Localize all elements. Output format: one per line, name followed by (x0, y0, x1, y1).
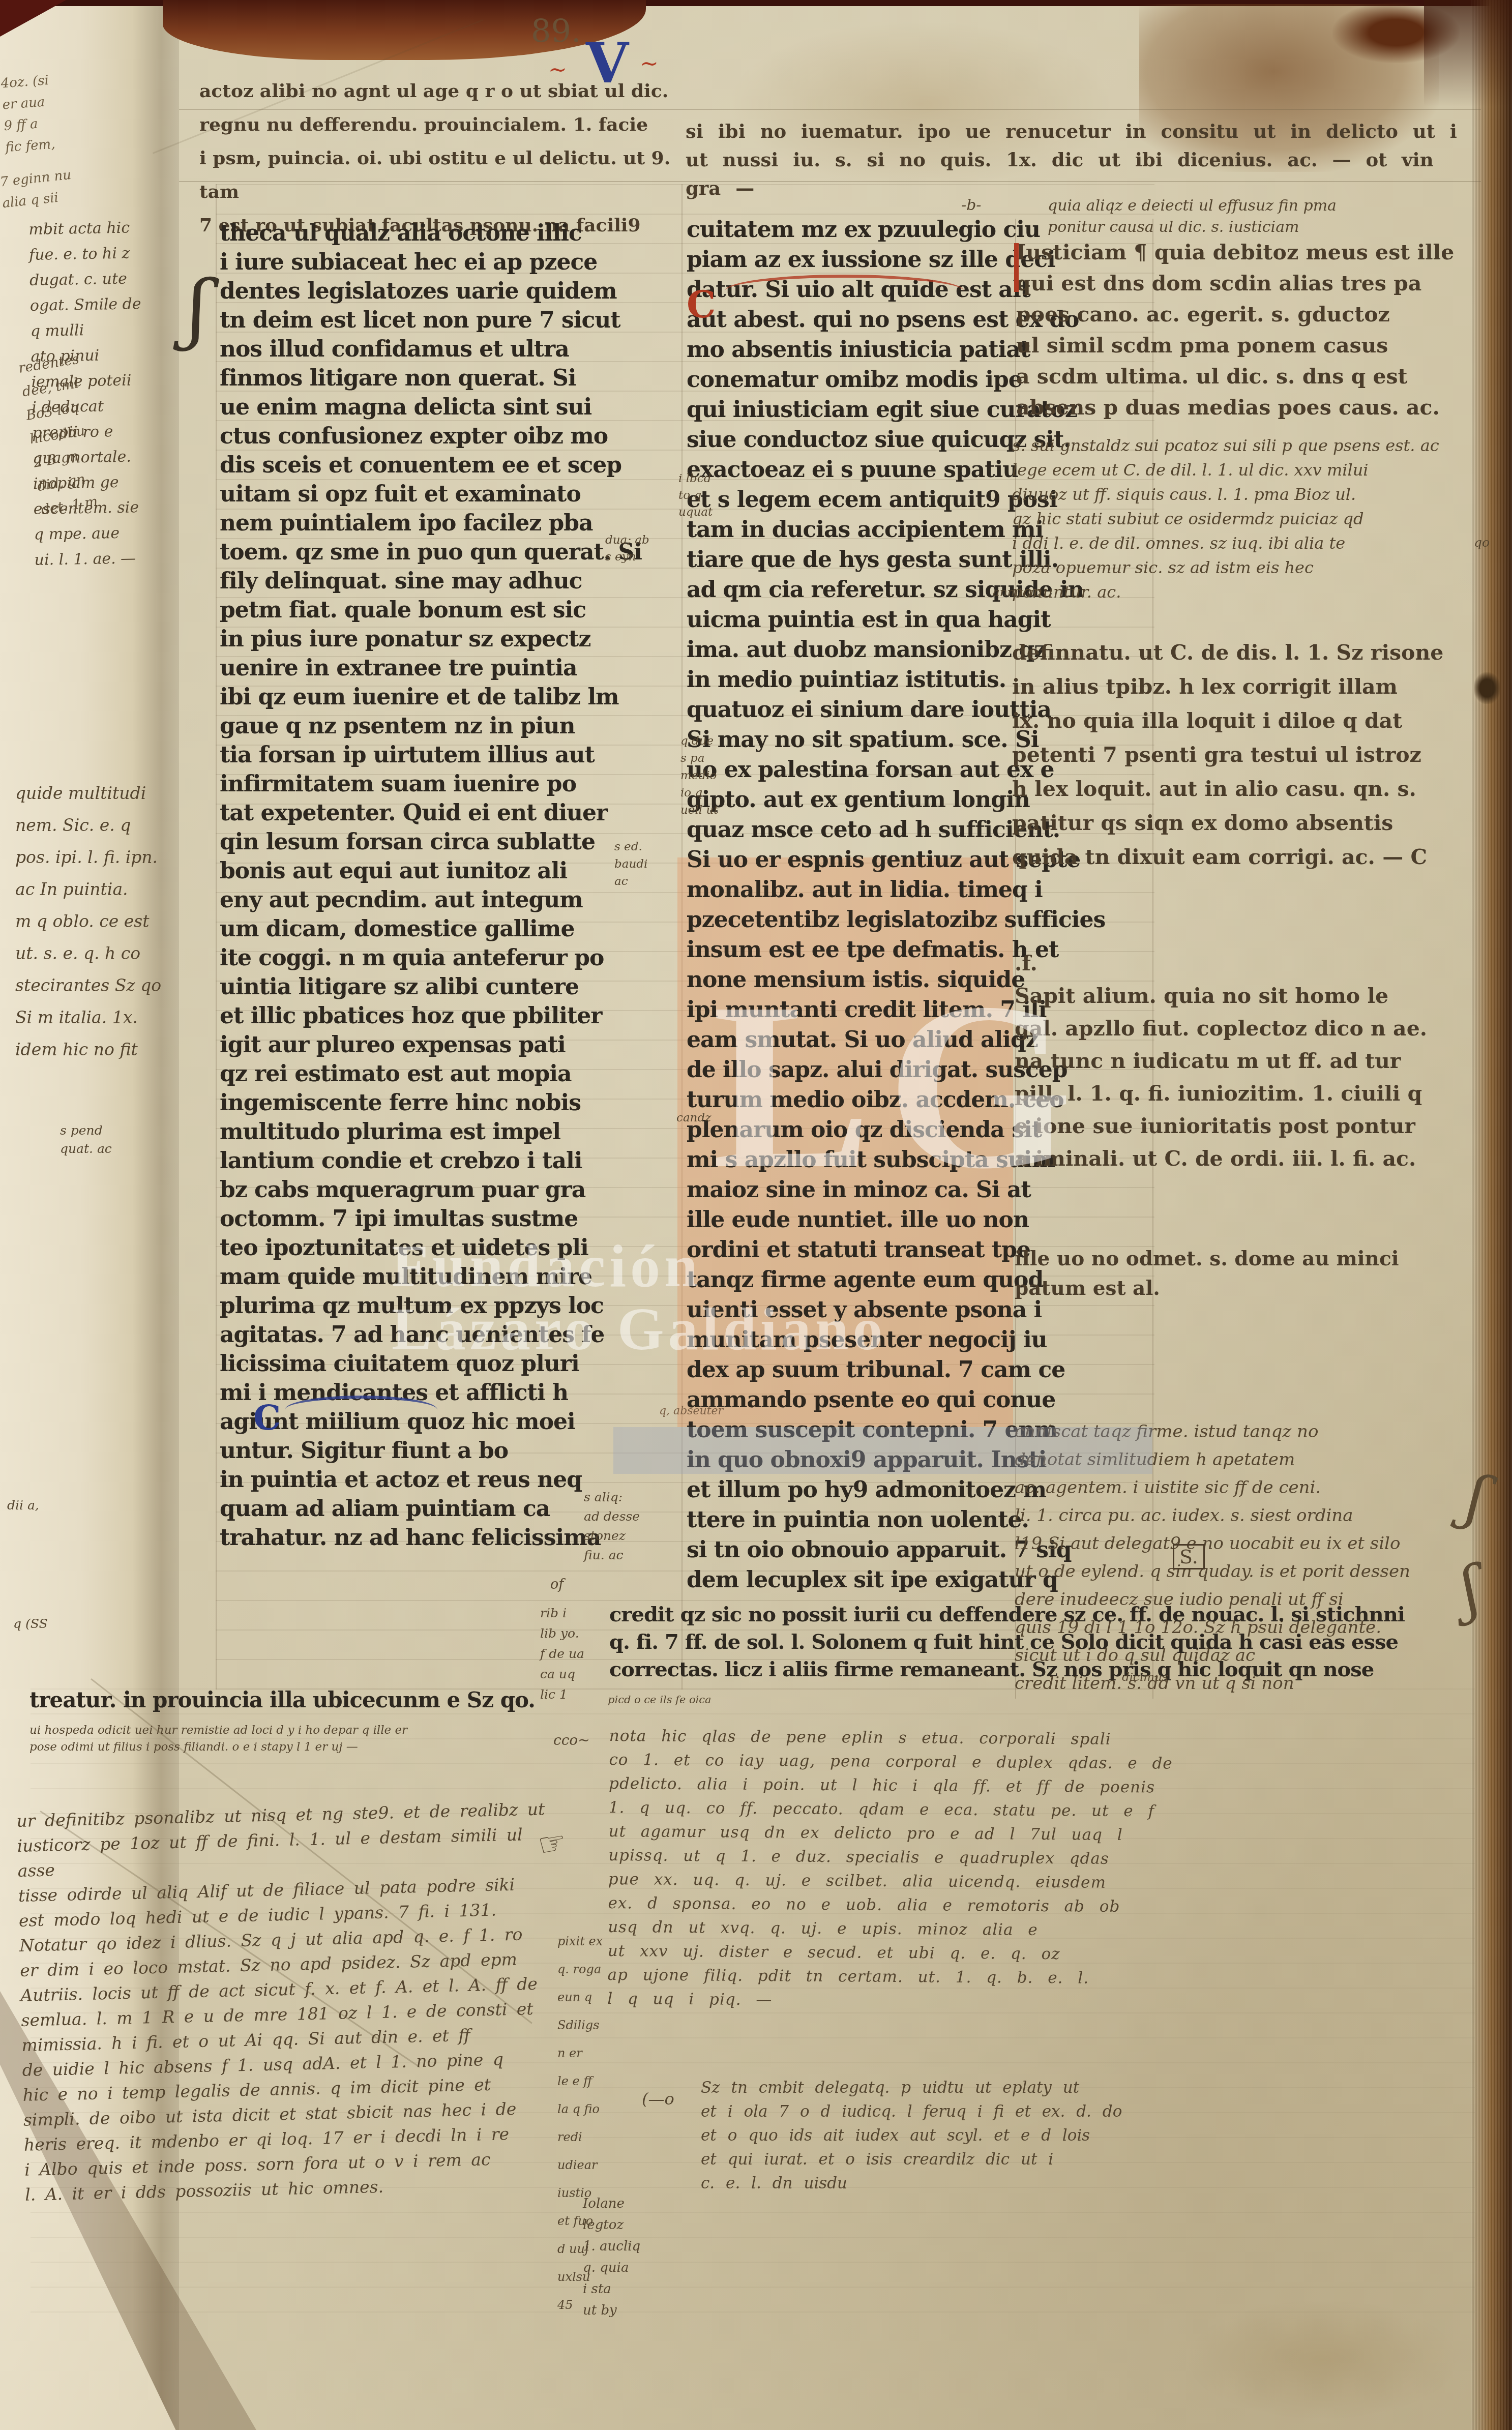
marginalia-layer: 4oz. (si er aua 9 ff a fic fem,7 eginn n… (0, 0, 1512, 2430)
paragraph-siglum: cco~ (553, 1732, 590, 1749)
catchword: qo (1474, 535, 1490, 550)
header-note: picd o ce ils fe oica (608, 1694, 711, 1706)
initial-flourish: ʃ (187, 264, 208, 353)
intercolumn-note: i lbcd to q uquat (678, 470, 713, 521)
left-margin-note: q (SS (13, 1616, 48, 1631)
intercolumn-note: s ed. baudi ac (614, 838, 647, 890)
bottom-mini-column: Iolane legtoz 1. aucliq q. quia i sta ut… (583, 2193, 640, 2321)
brace-mark: (—o (642, 2089, 674, 2109)
pen-flourish: ʃ (1461, 1462, 1492, 1534)
manuscript-page: 89. actoz alibi no agnt ul age q r o ut … (0, 0, 1512, 2430)
blue-v-mark: V (586, 32, 629, 96)
interlinear-note: dicimus (1122, 1671, 1168, 1684)
prev-folio-text: 7 eginn nu alia q sii (0, 164, 74, 214)
manicula-icon: ☞ (535, 1823, 569, 1864)
left-margin-gloss: mbit acta hic fue. e. to hi z dugat. c. … (28, 215, 146, 573)
red-underline-swash (725, 275, 964, 291)
left-margin-gloss: quide multitudi nem. Sic. e. q pos. ipi.… (15, 777, 161, 1065)
red-squiggle: ~ (640, 51, 659, 77)
prev-folio-text: 4oz. (si er aua 9 ff a fic fem, (0, 70, 56, 158)
intercolumn-note: of (550, 1577, 564, 1592)
blue-underline-swash (285, 1396, 437, 1410)
intercolumn-note: q due s pa medio io q uell ut (680, 732, 719, 819)
left-margin-note: dii a, (7, 1498, 39, 1513)
intercolumn-note: s aliq: ad desse stonez fiu. ac (584, 1488, 640, 1565)
marginal-letter-b: -b- (961, 196, 981, 214)
intercolumn-note: rib i lib yo. f de ua ca uq lic 1 (540, 1603, 584, 1705)
intercolumn-note: q, abseuter (659, 1405, 723, 1417)
left-margin-note: s pend quat. ac (60, 1121, 112, 1158)
red-initial-bar (1014, 243, 1019, 292)
intercolumn-note: dua; ab s eyn (605, 532, 649, 566)
pen-flourish: ʃ (1454, 1553, 1487, 1626)
intercolumn-note: candz (676, 1111, 711, 1124)
boxed-mark: S. (1173, 1544, 1205, 1569)
blue-paraph: C (253, 1398, 281, 1438)
marginal-note: anmt ac (993, 586, 1040, 599)
red-squiggle: ~ (548, 57, 567, 83)
red-paraph: C (687, 283, 716, 326)
